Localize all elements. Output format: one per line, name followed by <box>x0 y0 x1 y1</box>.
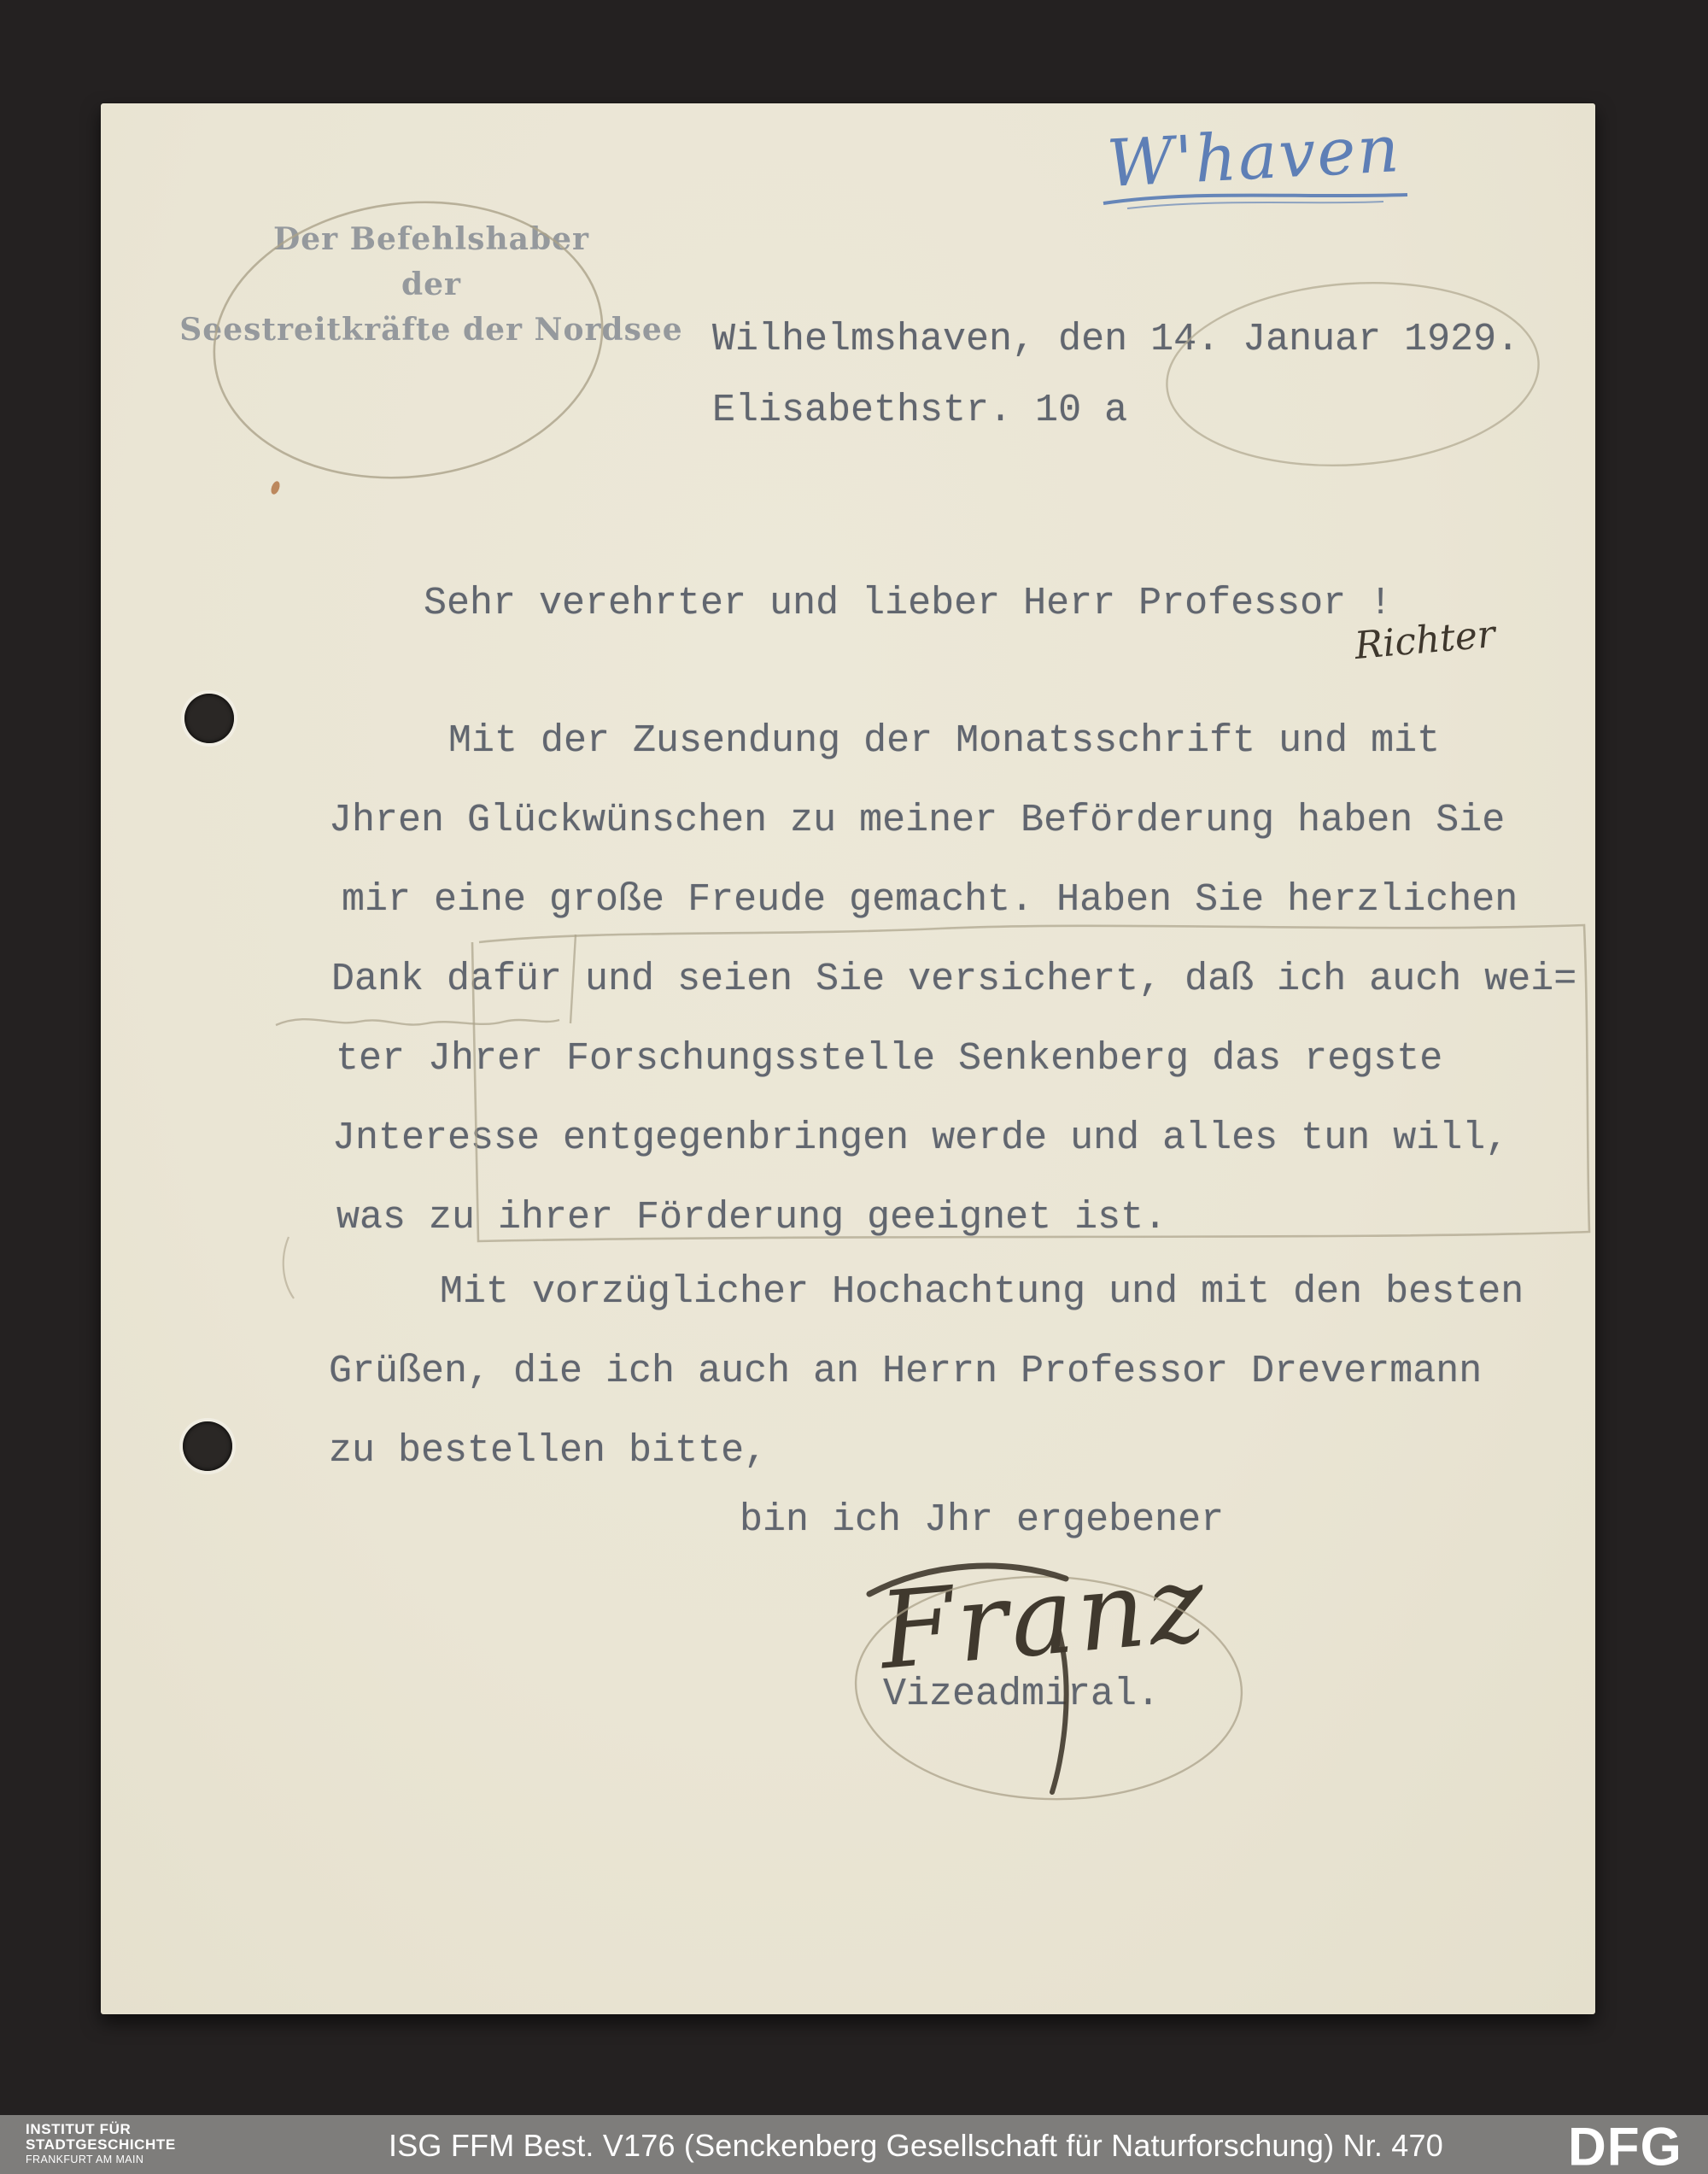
handwritten-place-note: W'haven <box>1105 110 1402 202</box>
archive-footer-bar: INSTITUT FÜR STADTGESCHICHTE FRANKFURT A… <box>0 2115 1708 2174</box>
archive-scan-viewport: Der Befehlshaber der Seestreitkräfte der… <box>0 0 1708 2174</box>
body-line: Jhren Glückwünschen zu meiner Beförderun… <box>329 799 1505 842</box>
dateline: Wilhelmshaven, den 14. Januar 1929. <box>712 318 1519 361</box>
hole-punch-bottom <box>183 1421 232 1471</box>
valediction: bin ich Jhr ergebener <box>740 1498 1224 1542</box>
institution-line2: STADTGESCHICHTE <box>26 2137 176 2153</box>
body-line: mir eine große Freude gemacht. Haben Sie… <box>342 878 1518 922</box>
dfg-logo: DFG <box>1568 2116 1682 2174</box>
body-line: ter Jhrer Forschungsstelle Senkenberg da… <box>336 1037 1442 1081</box>
archive-reference: ISG FFM Best. V176 (Senckenberg Gesellsc… <box>389 2128 1443 2164</box>
hole-punch-top <box>184 694 234 743</box>
institution-line3: FRANKFURT AM MAIN <box>26 2154 176 2166</box>
signature-title: Vizeadmiral. <box>883 1673 1160 1716</box>
institution-logo: INSTITUT FÜR STADTGESCHICHTE FRANKFURT A… <box>26 2122 176 2165</box>
body-line: was zu ihrer Förderung geeignet ist. <box>336 1196 1167 1239</box>
letterhead-line1: Der Befehlshaber <box>218 217 645 262</box>
body-line: Dank dafür und seien Sie versichert, daß… <box>331 958 1576 1001</box>
closing-line: Mit vorzüglicher Hochachtung und mit den… <box>440 1270 1524 1314</box>
letterhead-line3: Seestreitkräfte der Nordsee <box>158 308 705 353</box>
letterhead-line2: der <box>218 262 645 308</box>
closing-line: Grüßen, die ich auch an Herrn Professor … <box>329 1350 1482 1393</box>
salutation: Sehr verehrter und lieber Herr Professor… <box>424 582 1392 625</box>
letterhead-stamp: Der Befehlshaber der Seestreitkräfte der… <box>218 217 645 353</box>
institution-line1: INSTITUT FÜR <box>26 2122 176 2137</box>
body-line: Jnteresse entgegenbringen werde und alle… <box>332 1116 1508 1160</box>
closing-line: zu bestellen bitte, <box>329 1429 767 1473</box>
address-line: Elisabethstr. 10 a <box>712 389 1127 432</box>
body-line: Mit der Zusendung der Monatsschrift und … <box>448 719 1440 763</box>
